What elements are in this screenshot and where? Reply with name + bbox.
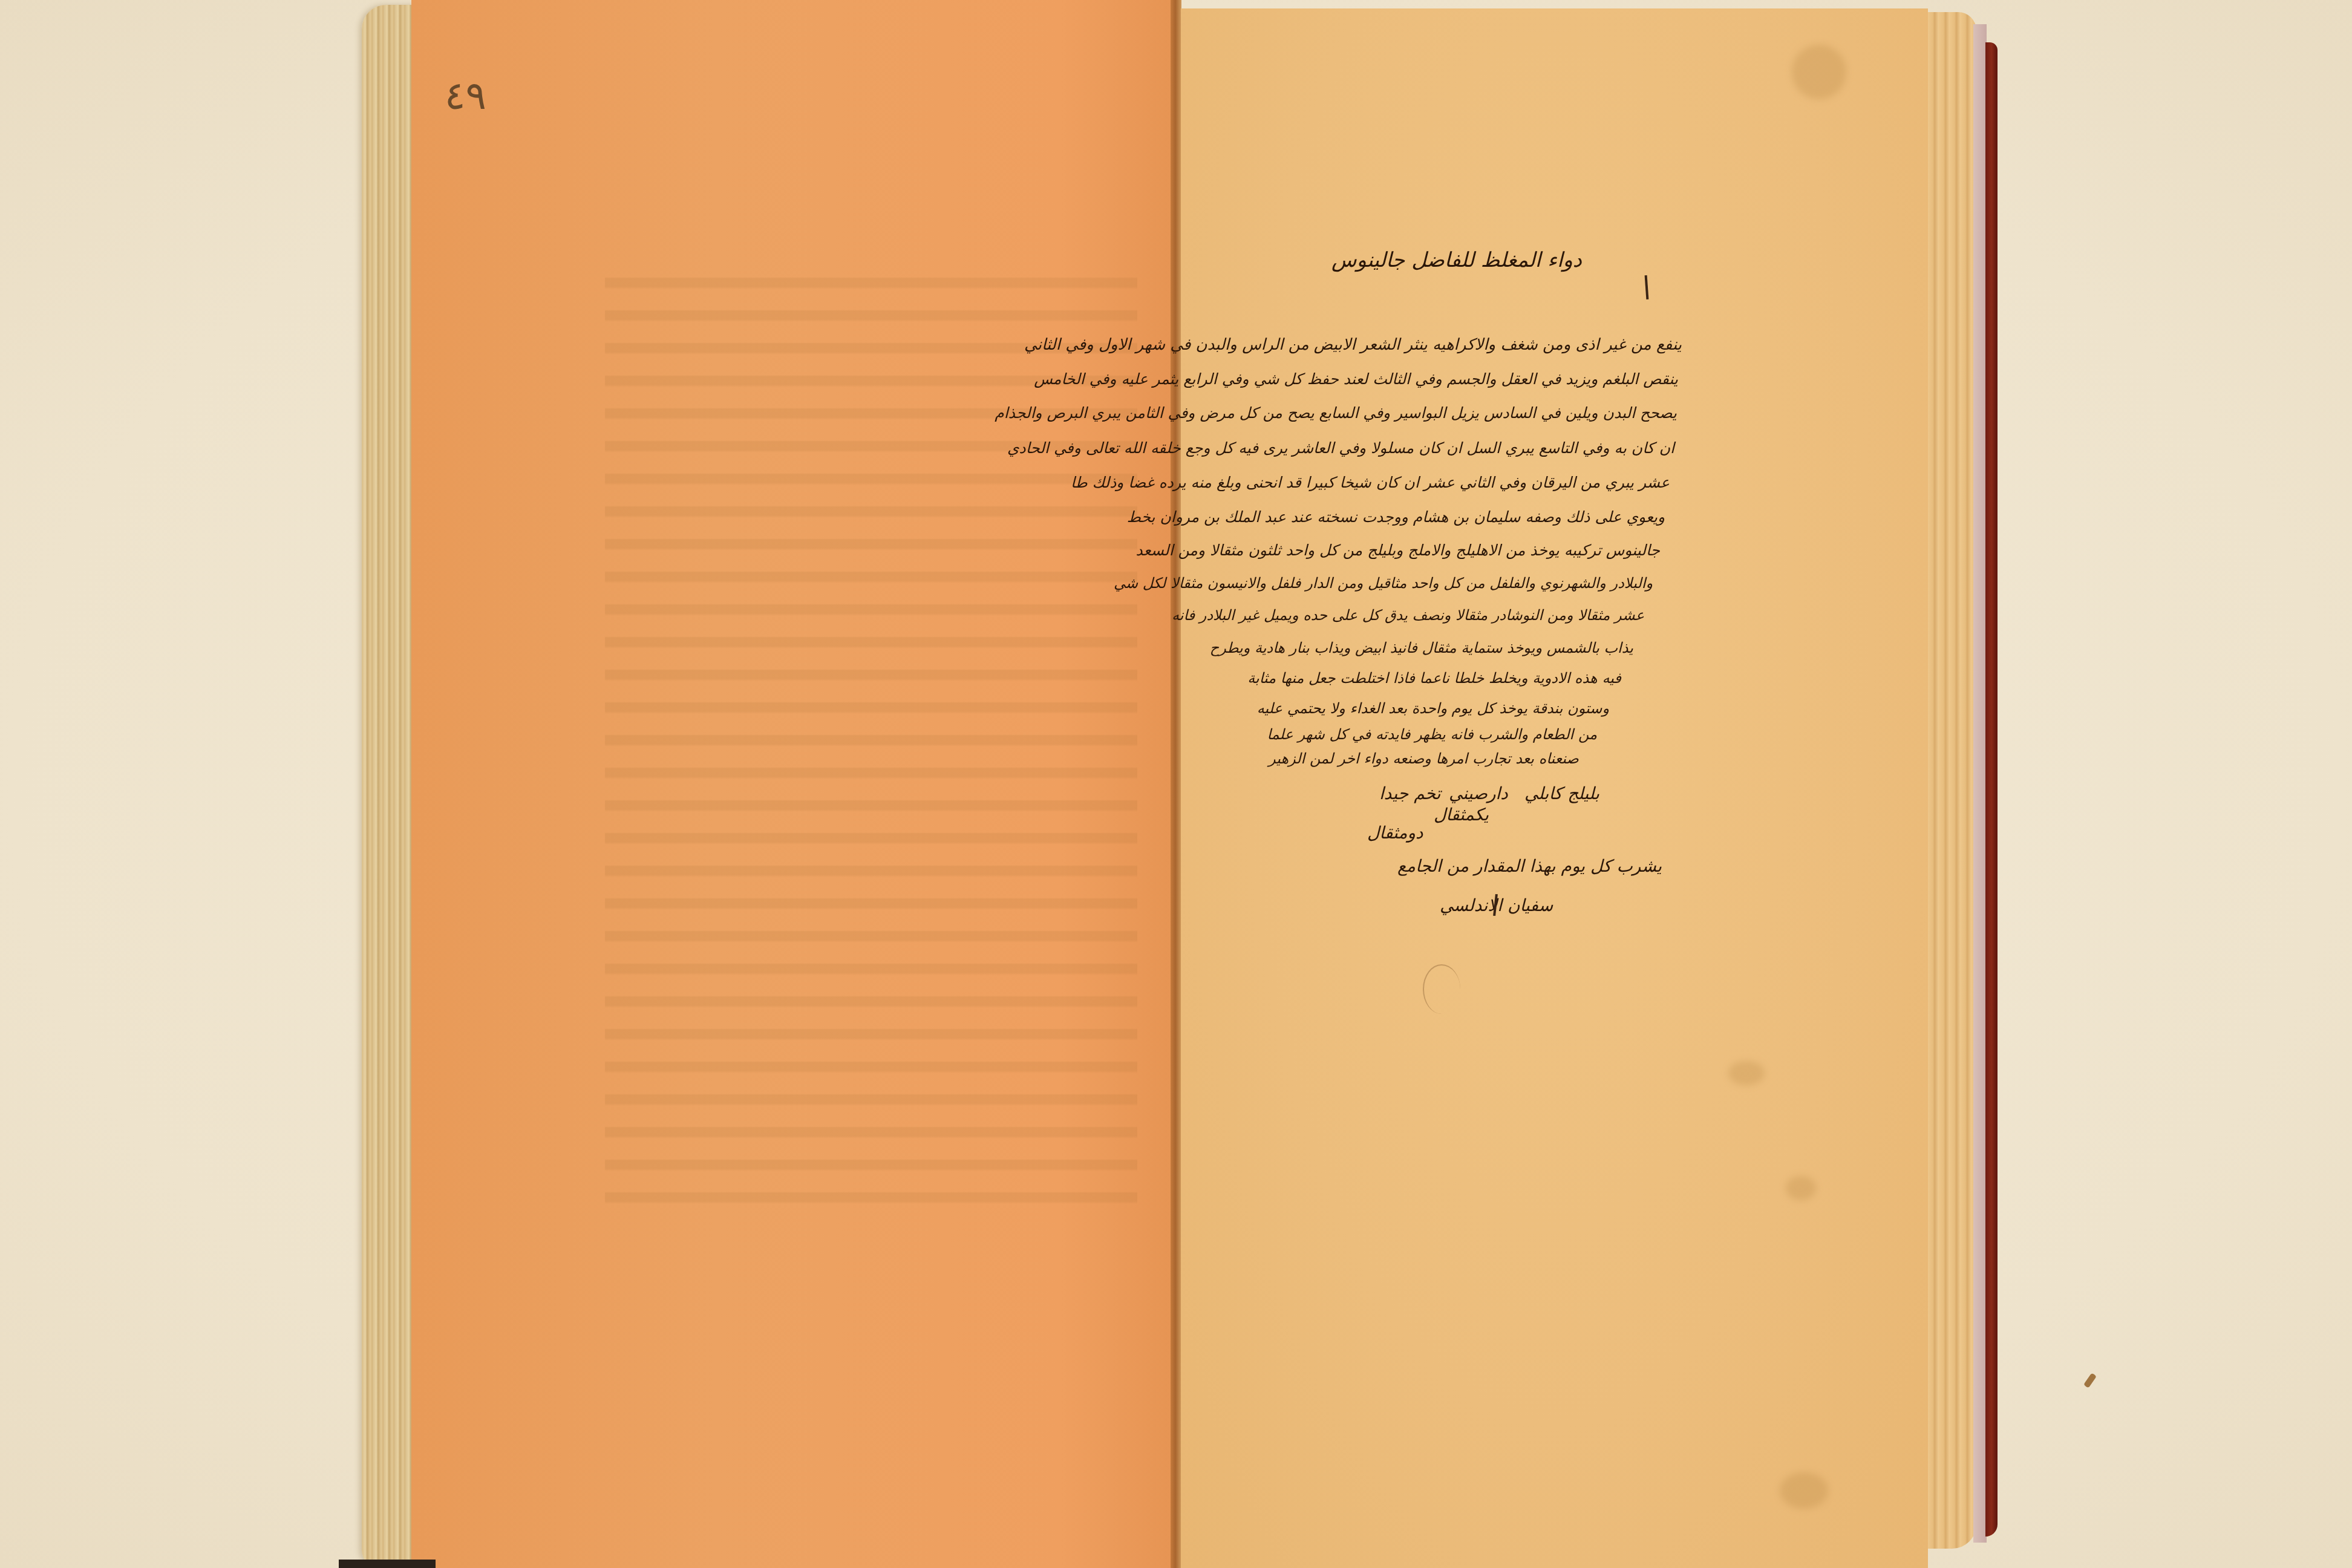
debris-speck: [2083, 1373, 2097, 1388]
stain: [1780, 1472, 1828, 1509]
stain: [1728, 1061, 1765, 1085]
text-line: ان كان به وفي التاسع يبري السل ان كان مس…: [1007, 439, 1674, 457]
manuscript-text-block: دواء المغلظ للفاضل جالينوس ينفع من غير ا…: [1246, 0, 1682, 1568]
recipe-ingredient: دارصيني: [1449, 783, 1508, 803]
recipe-ingredient: بليلج كابلي: [1524, 783, 1599, 803]
text-line: ينفع من غير اذى ومن شغف والاكراهيه ينثر …: [1024, 336, 1682, 354]
recipe-ingredient: تخم جيدا: [1379, 783, 1441, 803]
text-line: ويعوي على ذلك وصفه سليمان بن هشام ووجدت …: [1127, 508, 1665, 526]
text-line: جالينوس تركيبه يوخذ من الاهليلج والاملج …: [1136, 541, 1660, 559]
stain: [1786, 1176, 1816, 1200]
left-page: [411, 0, 1175, 1568]
dark-surface-corner: [339, 1560, 436, 1568]
text-line: صنعناه بعد تجارب امرها وصنعه دواء اخر لم…: [1269, 750, 1579, 767]
left-page-block-edges: [362, 5, 417, 1568]
red-cover-edge: [1985, 42, 1998, 1537]
text-line: والبلادر والشهرنوي والفلفل من كل واحد مث…: [1114, 575, 1653, 592]
right-page-block-edges: [1928, 12, 1976, 1549]
folio-number: ٤٩: [445, 74, 486, 119]
text-line: من الطعام والشرب فانه يظهر فايدته في كل …: [1267, 726, 1597, 743]
recipe-amount: يكمثقال: [1434, 805, 1489, 825]
text-line: عشر يبري من اليرقان وفي الثاني عشر ان كا…: [1071, 474, 1670, 491]
text-line: فيه هذه الادوية ويخلط خلطا ناعما فاذا اخ…: [1247, 670, 1621, 687]
text-line: ينقص البلغم ويزيد في العقل والجسم وفي ال…: [1034, 370, 1678, 388]
photo-backdrop: ٤٩ دواء المغلظ للفاضل جالينوس ينفع من غي…: [0, 0, 2352, 1568]
endpaper-leaf: [1973, 24, 1987, 1543]
bleed-through-text: [605, 260, 1137, 1204]
text-line: وستون بندقة يوخذ كل يوم واحدة بعد الغداء…: [1257, 700, 1609, 717]
manuscript-title: دواء المغلظ للفاضل جالينوس: [1331, 248, 1582, 272]
recipe-amount: دومثقال: [1367, 823, 1423, 843]
stain: [1792, 45, 1846, 99]
margin-mark: [1645, 275, 1649, 299]
closing-line: يشرب كل يوم بهذا المقدار من الجامع: [1397, 856, 1662, 876]
text-line: يذاب بالشمس ويوخذ ستماية مثقال فانيذ ابي…: [1210, 639, 1633, 656]
book-gutter: [1171, 0, 1181, 1568]
text-line: عشر مثقالا ومن النوشادر مثقالا ونصف يدق …: [1172, 607, 1644, 624]
text-line: يصحح البدن ويلين في السادس يزيل البواسير…: [995, 404, 1677, 422]
